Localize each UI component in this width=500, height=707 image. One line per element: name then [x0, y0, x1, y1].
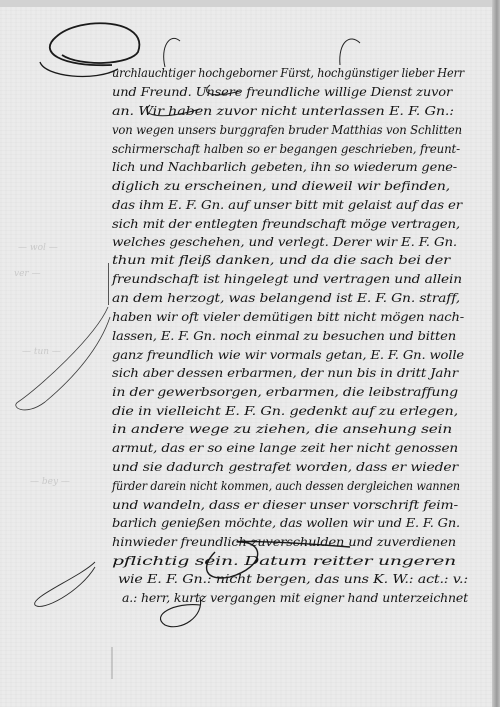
bleed-through-text: — bey —: [30, 477, 70, 487]
manuscript-line: in der gewerbsorgen, erbarmen, die leibs…: [112, 384, 458, 399]
manuscript-page: — wol — ver — — tun — — bey — urchlaucht…: [0, 7, 493, 707]
bleed-through-text: ver —: [14, 269, 41, 279]
manuscript-line: sich aber dessen erbarmen, der nun bis i…: [112, 365, 458, 380]
manuscript-line: a.: herr, kurtz vergangen mit eigner han…: [122, 590, 468, 605]
manuscript-line: barlich genießen möchte, das wollen wir …: [112, 515, 460, 530]
manuscript-line: lich und Nachbarlich gebeten, ihn so wie…: [112, 159, 457, 174]
manuscript-line: die in vielleicht E. F. Gn. gedenkt auf …: [112, 403, 458, 418]
manuscript-line: sich mit der entlegten freundschaft möge…: [112, 216, 460, 231]
manuscript-line: freundschaft ist hingelegt und vertragen…: [112, 271, 462, 286]
manuscript-line: und wandeln, dass er dieser unser vorsch…: [112, 497, 458, 512]
manuscript-line: urchlauchtiger hochgeborner Fürst, hochg…: [112, 65, 464, 80]
scan-right-edge: [492, 0, 500, 707]
manuscript-line: in andere wege zu ziehen, die ansehung s…: [112, 421, 452, 436]
manuscript-line: ganz freundlich wie wir vormals getan, E…: [112, 347, 464, 362]
manuscript-line: und sie dadurch gestrafet worden, dass e…: [112, 459, 458, 474]
manuscript-line: fürder darein nicht kommen, auch dessen …: [112, 478, 460, 493]
manuscript-line: pflichtig sein. Datum reitter ungeren: [112, 553, 456, 568]
manuscript-line: welches geschehen, und verlegt. Derer wi…: [112, 234, 457, 249]
manuscript-line: schirmerschaft halben so er begangen ges…: [112, 141, 460, 156]
bleed-through-text: — wol —: [18, 243, 58, 253]
manuscript-line: haben wir oft vieler demütigen bitt nich…: [112, 309, 464, 324]
manuscript-line: an dem herzogt, was belangend ist E. F. …: [112, 290, 460, 305]
manuscript-line: hinwieder freundlich zuverschulden und z…: [112, 534, 456, 549]
manuscript-line: von wegen unsers burggrafen bruder Matth…: [112, 122, 462, 137]
manuscript-line: diglich zu erscheinen, und dieweil wir b…: [112, 178, 450, 193]
manuscript-line: lassen, E. F. Gn. noch einmal zu besuche…: [112, 328, 456, 343]
margin-stroke: [108, 263, 109, 305]
scan-top-edge: [0, 0, 500, 7]
manuscript-line: wie E. F. Gn.: nicht bergen, das uns K. …: [118, 571, 468, 586]
manuscript-line: an. Wir haben zuvor nicht unterlassen E.…: [112, 103, 454, 118]
manuscript-line: armut, das er so eine lange zeit her nic…: [112, 440, 458, 455]
manuscript-line: thun mit fleiß danken, und da die sach b…: [112, 252, 450, 267]
bleed-through-text: — tun —: [22, 347, 61, 357]
manuscript-line: und Freund. Unsere freundliche willige D…: [112, 84, 452, 99]
manuscript-line: das ihm E. F. Gn. auf unser bitt mit gel…: [112, 197, 462, 212]
